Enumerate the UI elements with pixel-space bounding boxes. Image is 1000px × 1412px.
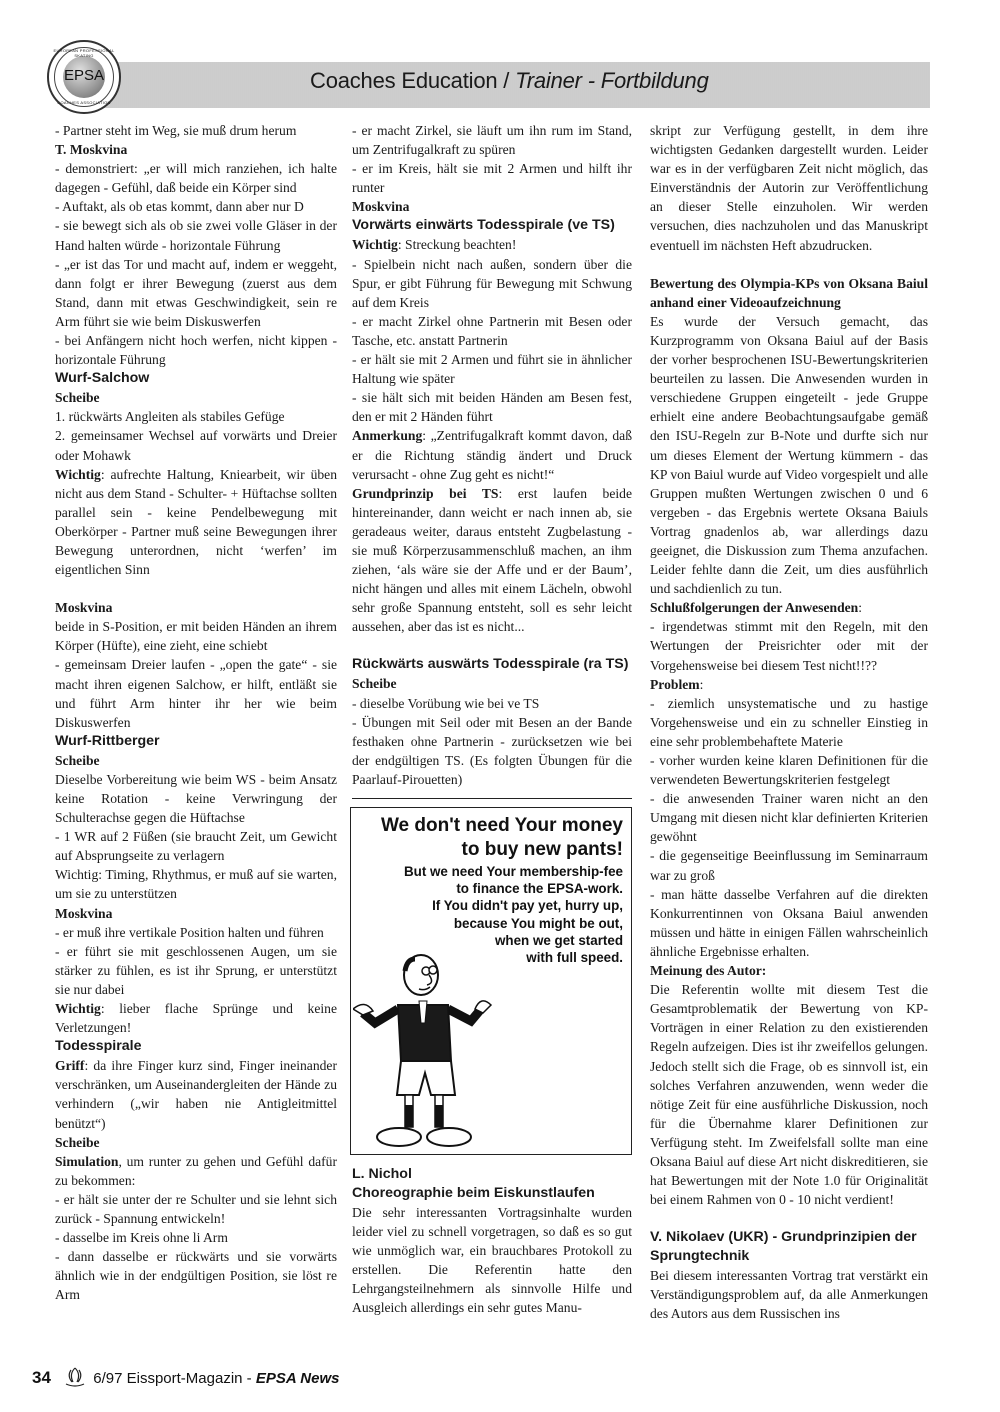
paragraph: - er hält sie mit 2 Armen und führt sie … xyxy=(352,350,632,388)
label: Wichtig xyxy=(55,467,101,482)
paragraph: - vorher wurden keine klaren Definitione… xyxy=(650,751,928,789)
section-heading: Wurf-Rittberger xyxy=(55,732,337,751)
text: : da ihre Finger kurz sind, Finger inein… xyxy=(55,1058,337,1130)
paragraph: - ziemlich unsystematische und zu hastig… xyxy=(650,694,928,751)
section-heading: Vorwärts einwärts Todesspirale (ve TS) xyxy=(352,216,632,235)
paragraph: Wichtig: Timing, Rhythmus, er muß auf si… xyxy=(55,865,337,903)
logo-arc-top: EUROPEAN PROFESSIONAL SKATING xyxy=(49,48,119,58)
paragraph: 1. rückwärts Angleiten als stabiles Gefü… xyxy=(55,407,337,426)
logo-arc-bottom: COACHES ASSOCIATION xyxy=(49,100,119,105)
paragraph: Schlußfolgerungen der Anwesenden: xyxy=(650,598,928,617)
paragraph: - gemeinsam Dreier laufen - „open the ga… xyxy=(55,655,337,731)
paragraph: - 1 WR auf 2 Füßen (sie braucht Zeit, um… xyxy=(55,827,337,865)
paragraph: - man hätte dasselbe Verfahren auf die d… xyxy=(650,885,928,961)
label: Wichtig xyxy=(352,237,398,252)
paragraph: Simulation, um runter zu gehen und Gefüh… xyxy=(55,1152,337,1190)
paragraph: - Auftakt, als ob etas kommt, dann aber … xyxy=(55,197,337,216)
spacer xyxy=(650,255,928,274)
paragraph: - „er ist das Tor und macht auf, indem e… xyxy=(55,255,337,331)
ad-headline-line: We don't need Your money xyxy=(355,814,623,838)
text: : xyxy=(858,600,862,615)
paragraph: 2. gemeinsamer Wechsel auf vorwärts und … xyxy=(55,426,337,464)
paragraph: - demonstriert: „er will mich ranziehen,… xyxy=(55,159,337,197)
paragraph: Griff: da ihre Finger kurz sind, Finger … xyxy=(55,1056,337,1132)
publication-name: EPSA News xyxy=(256,1370,340,1387)
paragraph: Wichtig: Streckung beachten! xyxy=(352,235,632,254)
paragraph: Die Referentin wollte mit diesem Test di… xyxy=(650,980,928,1209)
page-title: Coaches Education / Trainer - Fortbildun… xyxy=(310,68,910,94)
spacer xyxy=(352,1155,632,1165)
ad-body-line: because You might be out, xyxy=(355,915,623,932)
left-column: - Partner steht im Weg, sie muß drum her… xyxy=(55,121,337,1304)
paragraph: Anmerkung: „Zentrifugalkraft kommt davon… xyxy=(352,426,632,483)
ad-body: But we need Your membership-fee to finan… xyxy=(355,863,623,966)
cartoon-man-shrugging-icon xyxy=(353,953,503,1153)
spacer xyxy=(55,579,337,598)
label: Simulation xyxy=(55,1154,118,1169)
spacer xyxy=(352,636,632,655)
epsa-logo: EUROPEAN PROFESSIONAL SKATING EPSA COACH… xyxy=(47,40,121,114)
paragraph: - Übungen mit Seil oder mit Besen an der… xyxy=(352,713,632,789)
paragraph: Problem: xyxy=(650,675,928,694)
membership-ad-box: We don't need Your money to buy new pant… xyxy=(350,807,632,1155)
ad-body-line: when we get started xyxy=(355,932,623,949)
logo-text: EPSA xyxy=(49,67,119,84)
page-number: 34 xyxy=(32,1368,51,1387)
paragraph: skript zur Verfügung gestellt, in dem ih… xyxy=(650,121,928,255)
paragraph: - Spielbein nicht nach außen, sondern üb… xyxy=(352,255,632,312)
issue-label: 6/97 Eissport-Magazin - xyxy=(93,1370,256,1387)
section-heading: Choreographie beim Eiskunstlaufen xyxy=(352,1184,632,1203)
skate-leaf-logo-icon xyxy=(63,1366,87,1388)
label: Anmerkung xyxy=(352,428,422,443)
paragraph: - er hält sie unter der re Schulter und … xyxy=(55,1190,337,1228)
label: Grundprinzip bei TS xyxy=(352,486,498,501)
paragraph: - er macht Zirkel, sie läuft um ihn rum … xyxy=(352,121,632,159)
paragraph: Es wurde der Versuch gemacht, das Kurzpr… xyxy=(650,312,928,598)
spacer xyxy=(650,1209,928,1228)
paragraph: Wichtig: aufrechte Haltung, Kniearbeit, … xyxy=(55,465,337,580)
section-heading: L. Nichol xyxy=(352,1165,632,1184)
ad-headline: We don't need Your money to buy new pant… xyxy=(355,814,623,862)
paragraph: - irgendetwas stimmt mit den Regeln, mit… xyxy=(650,617,928,674)
subheading: Moskvina xyxy=(352,197,632,216)
section-heading: V. Nikolaev (UKR) - Grundprinzipien der … xyxy=(650,1228,928,1266)
paragraph: - er im Kreis, hält sie mit 2 Armen und … xyxy=(352,159,632,197)
paragraph: - er führt sie mit geschlossenen Augen, … xyxy=(55,942,337,999)
paragraph: Grundprinzip bei TS: erst laufen beide h… xyxy=(352,484,632,637)
paragraph: Wichtig: lieber flache Sprünge und keine… xyxy=(55,999,337,1037)
subheading: Scheibe xyxy=(55,751,337,770)
label: Schlußfolgerungen der Anwesenden xyxy=(650,600,858,615)
title-italic: Trainer - Fortbildung xyxy=(515,68,708,93)
ad-body-line: But we need Your membership-fee xyxy=(355,863,623,880)
paragraph: - dann dasselbe er rückwärts und sie vor… xyxy=(55,1247,337,1304)
text: : Streckung beachten! xyxy=(398,237,517,252)
paragraph: - er macht Zirkel ohne Partnerin mit Bes… xyxy=(352,312,632,350)
subheading: Moskvina xyxy=(55,598,337,617)
paragraph: - er muß ihre vertikale Position halten … xyxy=(55,923,337,942)
section-heading: Wurf-Salchow xyxy=(55,369,337,388)
subheading: Scheibe xyxy=(55,1133,337,1152)
paragraph: - sie hält sich mit beiden Händen am Bes… xyxy=(352,388,632,426)
paragraph: - dieselbe Vorübung wie bei ve TS xyxy=(352,694,632,713)
label: Wichtig xyxy=(55,1001,101,1016)
label: Problem xyxy=(650,677,700,692)
paragraph: - dasselbe im Kreis ohne li Arm xyxy=(55,1228,337,1247)
subheading: T. Moskvina xyxy=(55,140,337,159)
subheading: Scheibe xyxy=(55,388,337,407)
subheading: Scheibe xyxy=(352,674,632,693)
section-heading: Todesspirale xyxy=(55,1037,337,1056)
right-column: skript zur Verfügung gestellt, in dem ih… xyxy=(650,121,928,1324)
middle-column: - er macht Zirkel, sie läuft um ihn rum … xyxy=(352,121,632,1318)
divider xyxy=(352,798,632,799)
title-plain: Coaches Education / xyxy=(310,68,515,93)
paragraph: - die gegenseitige Beeinflussung im Semi… xyxy=(650,846,928,884)
subheading: Moskvina xyxy=(55,904,337,923)
paragraph: - bei Anfängern nicht hoch werfen, nicht… xyxy=(55,331,337,369)
paragraph: Bei diesem interessanten Vortrag trat ve… xyxy=(650,1266,928,1323)
paragraph: - Partner steht im Weg, sie muß drum her… xyxy=(55,121,337,140)
subheading: Bewertung des Olympia-KPs von Oksana Bai… xyxy=(650,274,928,312)
text: : xyxy=(700,677,704,692)
section-heading: Rückwärts auswärts Todesspirale (ra TS) xyxy=(352,655,632,674)
paragraph: - sie bewegt sich als ob sie zwei volle … xyxy=(55,216,337,254)
label: Griff xyxy=(55,1058,84,1073)
ad-body-line: If You didn't pay yet, hurry up, xyxy=(355,897,623,914)
paragraph: Die sehr interessanten Vortragsinhalte w… xyxy=(352,1203,632,1318)
ad-body-line: to finance the EPSA-work. xyxy=(355,880,623,897)
paragraph: - die anwesenden Trainer waren nicht an … xyxy=(650,789,928,846)
subheading: Meinung des Autor: xyxy=(650,961,928,980)
ad-headline-line: to buy new pants! xyxy=(355,838,623,862)
page-footer: 34 6/97 Eissport-Magazin - EPSA News xyxy=(32,1366,340,1388)
paragraph: beide in S-Position, er mit beiden Hände… xyxy=(55,617,337,655)
paragraph: Dieselbe Vorbereitung wie beim WS - beim… xyxy=(55,770,337,827)
text: : aufrechte Haltung, Kniearbeit, wir übe… xyxy=(55,467,337,577)
text: : erst laufen beide hintereinander, dann… xyxy=(352,486,632,635)
